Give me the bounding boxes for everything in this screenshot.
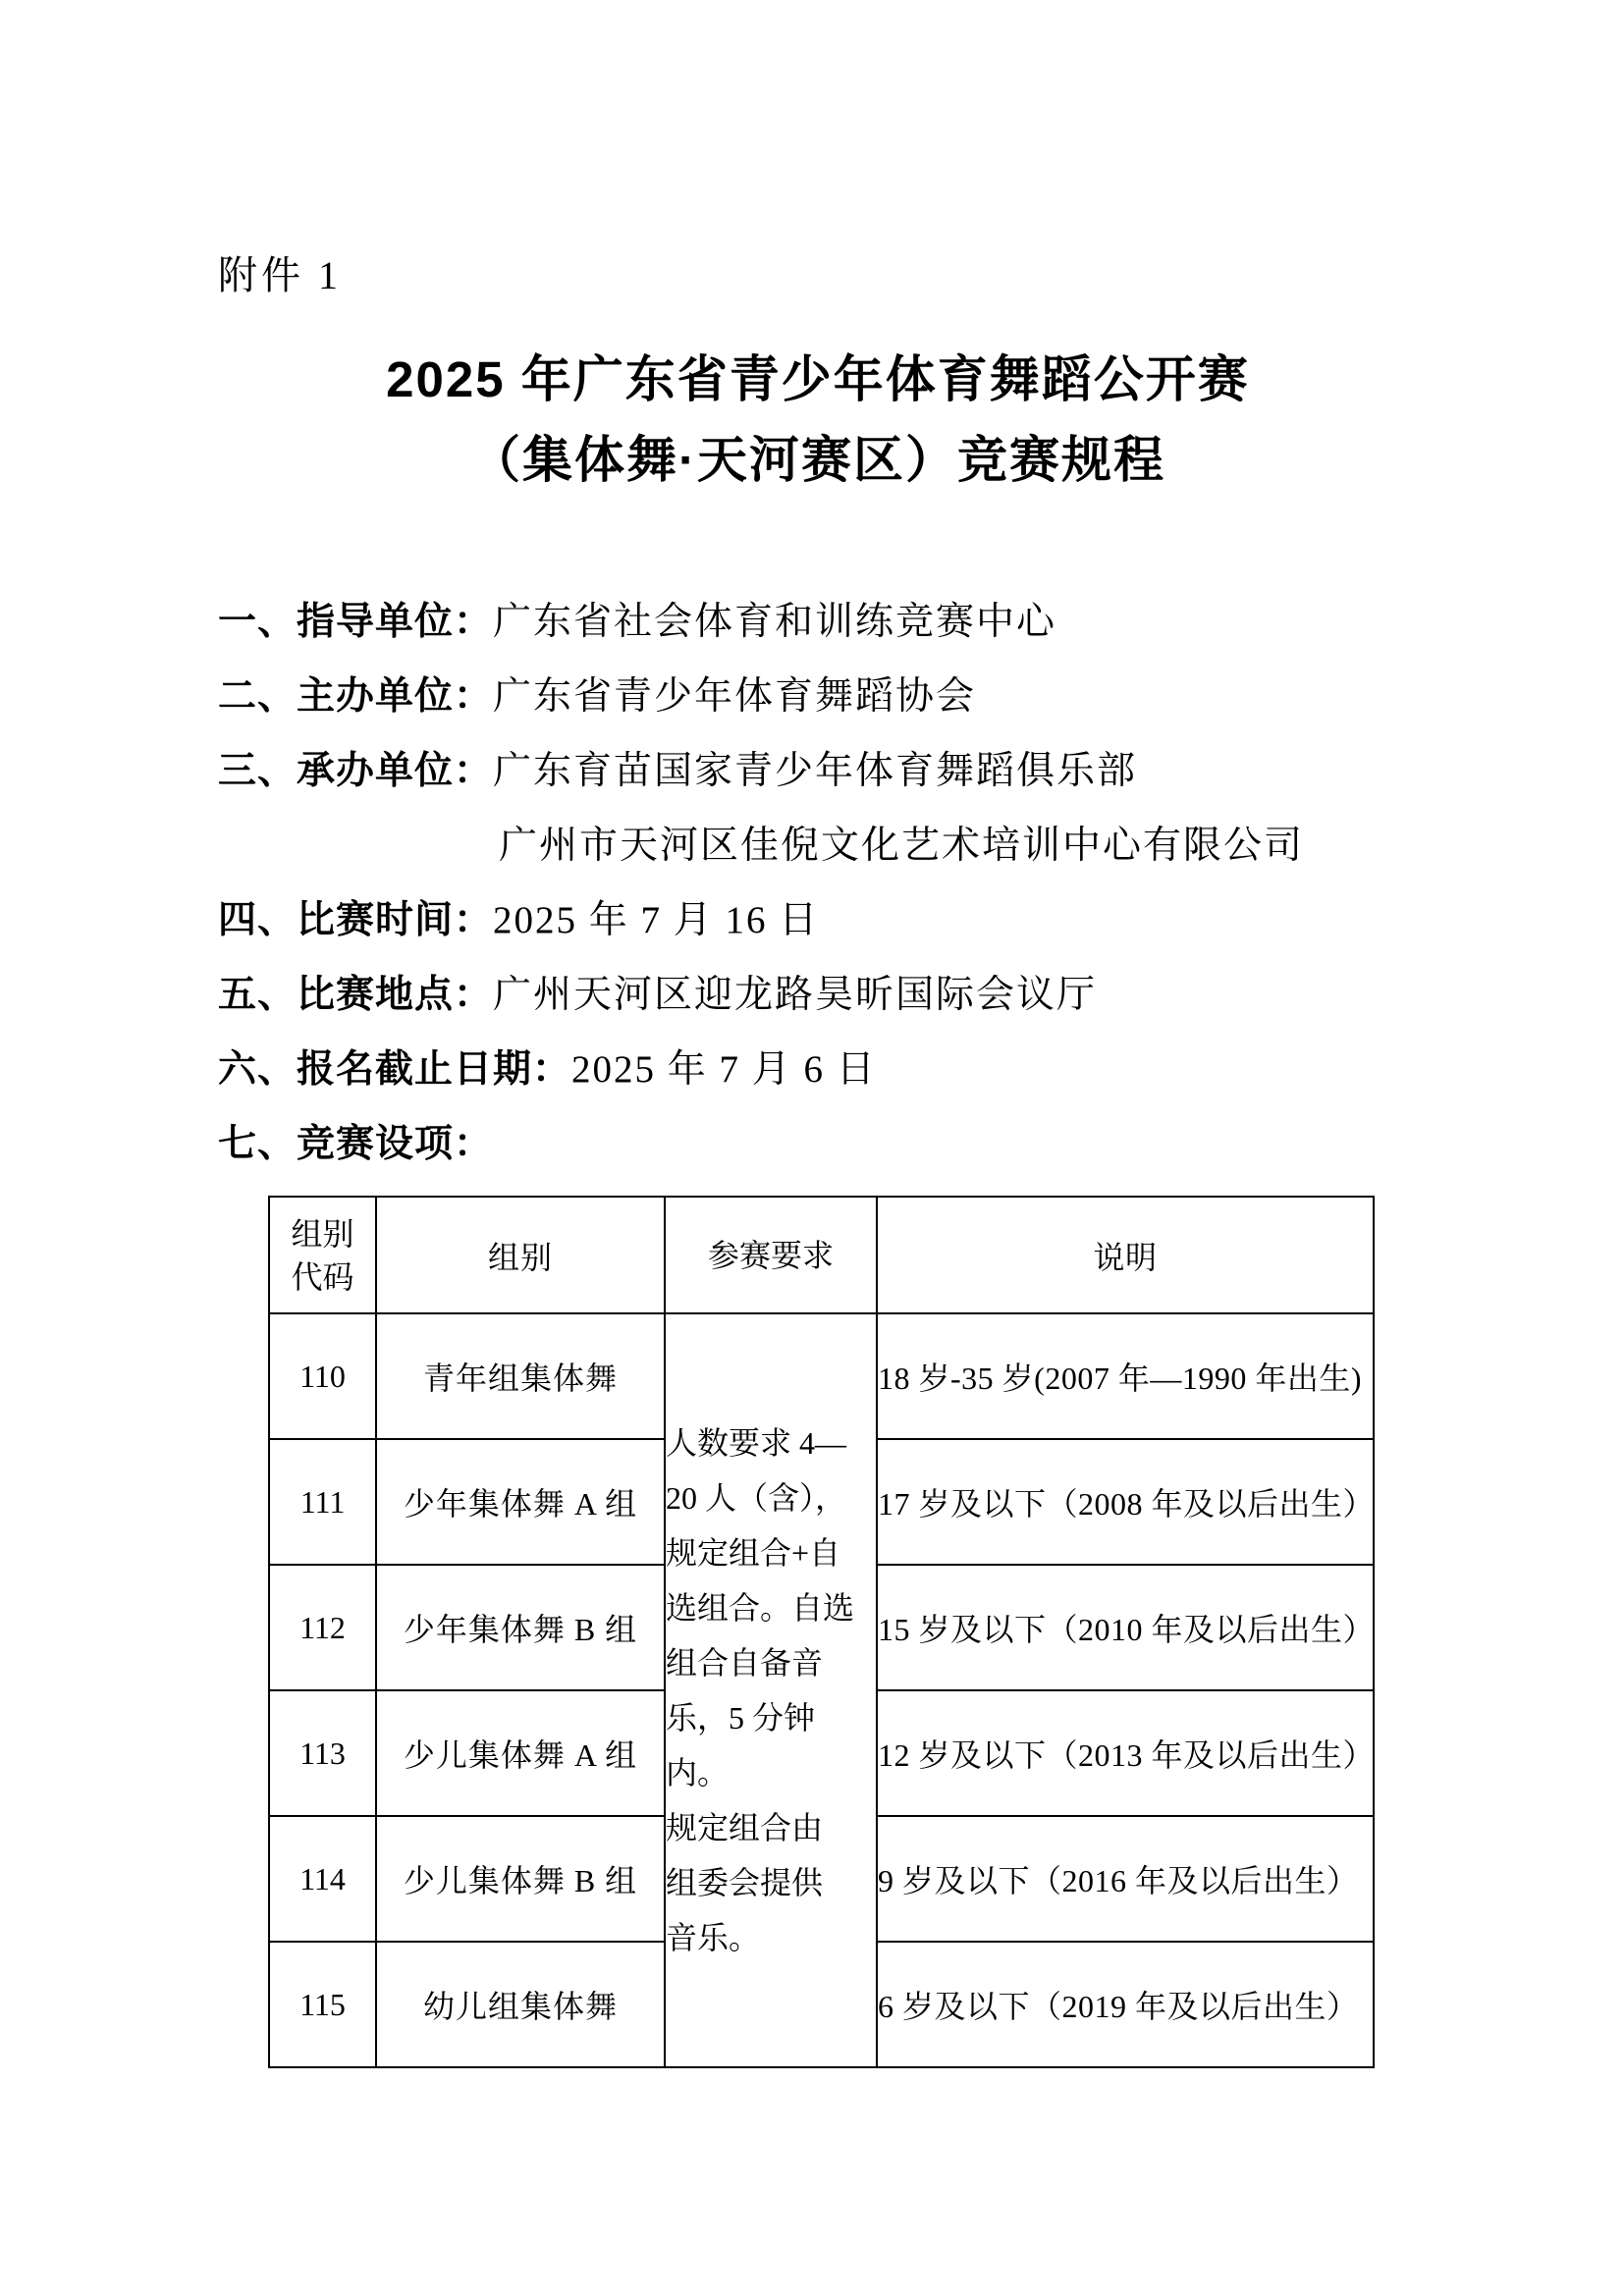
header-cell-group-code: 组别 代码 [269,1197,376,1313]
cell-group: 幼儿组集体舞 [376,1942,665,2067]
info-item-organizer-unit: 三、承办单位：广东育苗国家青少年体育舞蹈俱乐部 [218,748,1418,795]
cell-group-code: 113 [269,1690,376,1816]
info-item-competition-date: 四、比赛时间：2025 年 7 月 16 日 [218,897,1418,944]
item-label: 二、主办单位： [218,675,493,718]
cell-description: 12 岁及以下（2013 年及以后出生） [877,1690,1374,1816]
header-cell-group: 组别 [376,1197,665,1313]
info-item-registration-deadline: 六、报名截止日期：2025 年 7 月 6 日 [218,1046,1418,1094]
item-label: 六、报名截止日期： [218,1048,571,1091]
info-item-competition-venue: 五、比赛地点：广州天河区迎龙路昊昕国际会议厅 [218,972,1418,1019]
cell-group-code: 114 [269,1816,376,1942]
cell-group-code: 115 [269,1942,376,2067]
document-page: 附件 1 2025 年广东省青少年体育舞蹈公开赛 （集体舞·天河赛区）竞赛规程 … [0,0,1624,2296]
document-title-line-2: （集体舞·天河赛区）竞赛规程 [218,420,1418,501]
cell-group-code: 110 [269,1313,376,1439]
item-value: 广东省社会体育和训练竞赛中心 [493,601,1056,643]
item-label: 一、指导单位： [218,601,493,643]
item-value: 广州市天河区佳倪文化艺术培训中心有限公司 [499,825,1304,867]
cell-description: 9 岁及以下（2016 年及以后出生） [877,1816,1374,1942]
cell-description: 18 岁-35 岁(2007 年—1990 年出生) [877,1313,1374,1439]
cell-group: 少儿集体舞 B 组 [376,1816,665,1942]
item-value: 广东育苗国家青少年体育舞蹈俱乐部 [493,750,1137,792]
info-item-competition-events: 七、竞赛设项： [218,1121,1418,1168]
item-label: 七、竞赛设项： [218,1123,493,1165]
cell-group-code: 112 [269,1565,376,1690]
cell-description: 15 岁及以下（2010 年及以后出生） [877,1565,1374,1690]
events-table: 组别 代码 组别 参赛要求 说明 110 青年组集体舞 人数要求 4— 20 人… [268,1196,1375,2068]
cell-group: 少年集体舞 A 组 [376,1439,665,1565]
cell-description: 6 岁及以下（2019 年及以后出生） [877,1942,1374,2067]
item-value: 广州天河区迎龙路昊昕国际会议厅 [493,974,1097,1016]
document-content: 附件 1 2025 年广东省青少年体育舞蹈公开赛 （集体舞·天河赛区）竞赛规程 … [0,0,1624,2068]
item-value: 广东省青少年体育舞蹈协会 [493,675,976,718]
item-label: 五、比赛地点： [218,974,493,1016]
cell-group: 青年组集体舞 [376,1313,665,1439]
table-row-110: 110 青年组集体舞 人数要求 4— 20 人（含）， 规定组合+自 选组合。自… [269,1313,1374,1439]
cell-description: 17 岁及以下（2008 年及以后出生） [877,1439,1374,1565]
cell-group: 少年集体舞 B 组 [376,1565,665,1690]
attachment-label: 附件 1 [218,253,1418,298]
info-item-guiding-unit: 一、指导单位：广东省社会体育和训练竞赛中心 [218,599,1418,646]
document-title-line-1: 2025 年广东省青少年体育舞蹈公开赛 [218,340,1418,420]
info-item-host-unit: 二、主办单位：广东省青少年体育舞蹈协会 [218,673,1418,721]
cell-requirement-merged: 人数要求 4— 20 人（含）， 规定组合+自 选组合。自选 组合自备音 乐，5… [665,1313,877,2067]
header-cell-requirement: 参赛要求 [665,1197,877,1313]
header-cell-description: 说明 [877,1197,1374,1313]
info-list: 一、指导单位：广东省社会体育和训练竞赛中心 二、主办单位：广东省青少年体育舞蹈协… [218,599,1418,1168]
info-item-organizer-unit-line2: 广州市天河区佳倪文化艺术培训中心有限公司 [218,823,1418,870]
table-header-row: 组别 代码 组别 参赛要求 说明 [269,1197,1374,1313]
item-label: 四、比赛时间： [218,899,493,941]
item-label: 三、承办单位： [218,750,493,792]
cell-group-code: 111 [269,1439,376,1565]
document-title: 2025 年广东省青少年体育舞蹈公开赛 （集体舞·天河赛区）竞赛规程 [218,340,1418,501]
cell-group: 少儿集体舞 A 组 [376,1690,665,1816]
item-value: 2025 年 7 月 16 日 [493,899,819,941]
item-value: 2025 年 7 月 6 日 [571,1048,877,1091]
